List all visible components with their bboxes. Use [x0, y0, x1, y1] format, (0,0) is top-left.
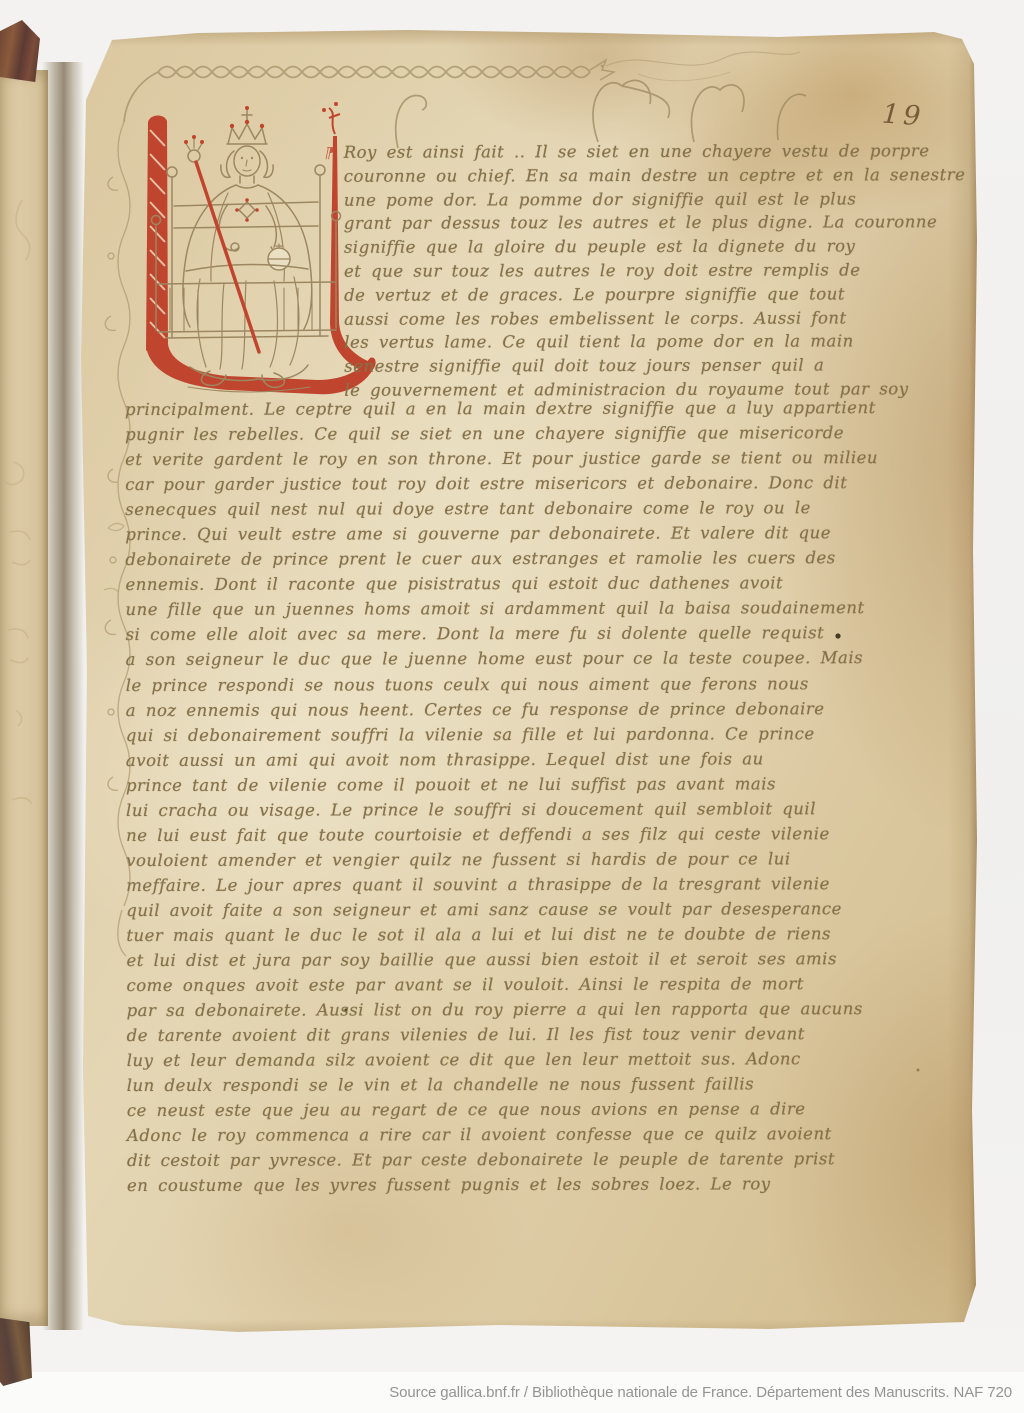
text-block-full-width: principalment. Le ceptre quil a en la ma… — [125, 395, 927, 1199]
manuscript-line: Adonc le roy commenca a rire car il avoi… — [127, 1121, 927, 1148]
rope-border-ornament — [124, 52, 800, 122]
gutter-shadow — [42, 62, 84, 1330]
source-attribution-text: Source gallica.bnf.fr / Bibliothèque nat… — [389, 1384, 1012, 1402]
manuscript-line: de vertuz et de graces. Le pourpre signi… — [344, 282, 929, 307]
manuscript-line: dit cestoit par yvresce. Et par ceste de… — [127, 1146, 927, 1173]
manuscript-line: qui si debonairement souffri la vilenie … — [126, 721, 926, 748]
manuscript-line: prince tant de vilenie come il pouoit et… — [126, 771, 926, 798]
manuscript-line: principalment. Le ceptre quil a en la ma… — [125, 395, 925, 422]
folio-number: 19 — [881, 100, 953, 135]
manuscript-line: avoit aussi un ami qui avoit nom thrasip… — [126, 746, 926, 773]
rubric-mark: ⁋ — [325, 146, 335, 161]
show-through-marks — [0, 70, 48, 1326]
manuscript-line: en coustume que les yvres fussent pugnis… — [127, 1171, 927, 1198]
manuscript-line: et que sur touz les autres le roy doit e… — [344, 258, 929, 283]
manuscript-line: aussi come les robes embelissent le corp… — [344, 306, 929, 331]
manuscript-line: et verite gardent le roy en son throne. … — [125, 445, 925, 472]
parchment-page: 19 ⁋ Roy est ainsi fait .. Il se siet en… — [78, 30, 978, 1335]
text-block-beside-initial: Roy est ainsi fait .. Il se siet en une … — [344, 139, 930, 402]
cadel-flourishes — [396, 80, 806, 148]
manuscript-line: vouloient amender et vengier quilz ne fu… — [126, 846, 926, 873]
manuscript-line: pugnir les rebelles. Ce quil se siet en … — [125, 420, 925, 447]
binding-tailband — [0, 1318, 32, 1386]
manuscript-line: prince. Qui veult estre ame si gouverne … — [125, 520, 925, 547]
manuscript-line: lun deulx respondi se le vin et la chand… — [127, 1071, 927, 1098]
manuscript-line: tuer mais quant le duc le sot il ala a l… — [126, 921, 926, 948]
manuscript-line: meffaire. Le jour apres quant il souvint… — [126, 871, 926, 898]
manuscript-line: par sa debonairete. Aussi list on du roy… — [127, 996, 927, 1023]
manuscript-line: couronne ou chief. En sa main destre un … — [344, 163, 929, 188]
manuscript-line: quil avoit faite a son seigneur et ami s… — [126, 896, 926, 923]
scepter-red-staff — [196, 162, 259, 352]
manuscript-line: senestre signiffie quil doit touz jours … — [344, 353, 929, 378]
manuscript-line: a noz ennemis qui nous heent. Certes ce … — [126, 696, 926, 723]
manuscript-line: grant par dessus touz les autres et le p… — [344, 211, 929, 236]
manuscript-line: ce neust este que jeu au regart de ce qu… — [127, 1096, 927, 1123]
manuscript-line: luy et leur demanda silz avoient ce dit … — [127, 1046, 927, 1073]
manuscript-line: car pour garder justice tout roy doit es… — [125, 470, 925, 497]
manuscript-line: lui cracha ou visage. Le prince le souff… — [126, 796, 926, 823]
manuscript-line: les vertus lame. Ce quil tient la pome d… — [344, 330, 929, 355]
red-initial-L — [146, 115, 376, 394]
binding-headband — [0, 20, 40, 82]
manuscript-line: a son seigneur le duc que le juenne home… — [126, 645, 926, 672]
manuscript-scan: 19 ⁋ Roy est ainsi fait .. Il se siet en… — [0, 0, 1024, 1413]
manuscript-line: si come elle aloit avec sa mere. Dont la… — [126, 620, 926, 647]
manuscript-line: une pome dor. La pomme dor signiffie qui… — [344, 187, 929, 212]
facing-page-edge — [0, 70, 48, 1326]
manuscript-line: debonairete de prince prent le cuer aux … — [125, 545, 925, 572]
source-attribution-bar: Source gallica.bnf.fr / Bibliothèque nat… — [0, 1372, 1024, 1413]
manuscript-line: ennemis. Dont il raconte que pisistratus… — [125, 570, 925, 597]
manuscript-line: signiffie que la gloire du peuple est la… — [344, 234, 929, 259]
manuscript-line: senecques quil nest nul qui doye estre t… — [125, 495, 925, 522]
manuscript-line: ne lui eust fait que toute courtoisie et… — [126, 821, 926, 848]
manuscript-line: de tarente avoient dit grans vilenies de… — [127, 1021, 927, 1048]
king-enthroned-miniature — [152, 110, 341, 392]
manuscript-line: come onques avoit este par avant se il v… — [126, 971, 926, 998]
photo-area: 19 ⁋ Roy est ainsi fait .. Il se siet en… — [0, 0, 1024, 1372]
red-initial-flourish — [322, 102, 340, 134]
manuscript-line: et lui dist et jura par soy baillie que … — [126, 946, 926, 973]
manuscript-line: une fille que un juennes homs amoit si a… — [125, 595, 925, 622]
manuscript-line: le prince respondi se nous tuons ceulx q… — [126, 670, 926, 697]
manuscript-line: Roy est ainsi fait .. Il se siet en une … — [344, 139, 929, 164]
